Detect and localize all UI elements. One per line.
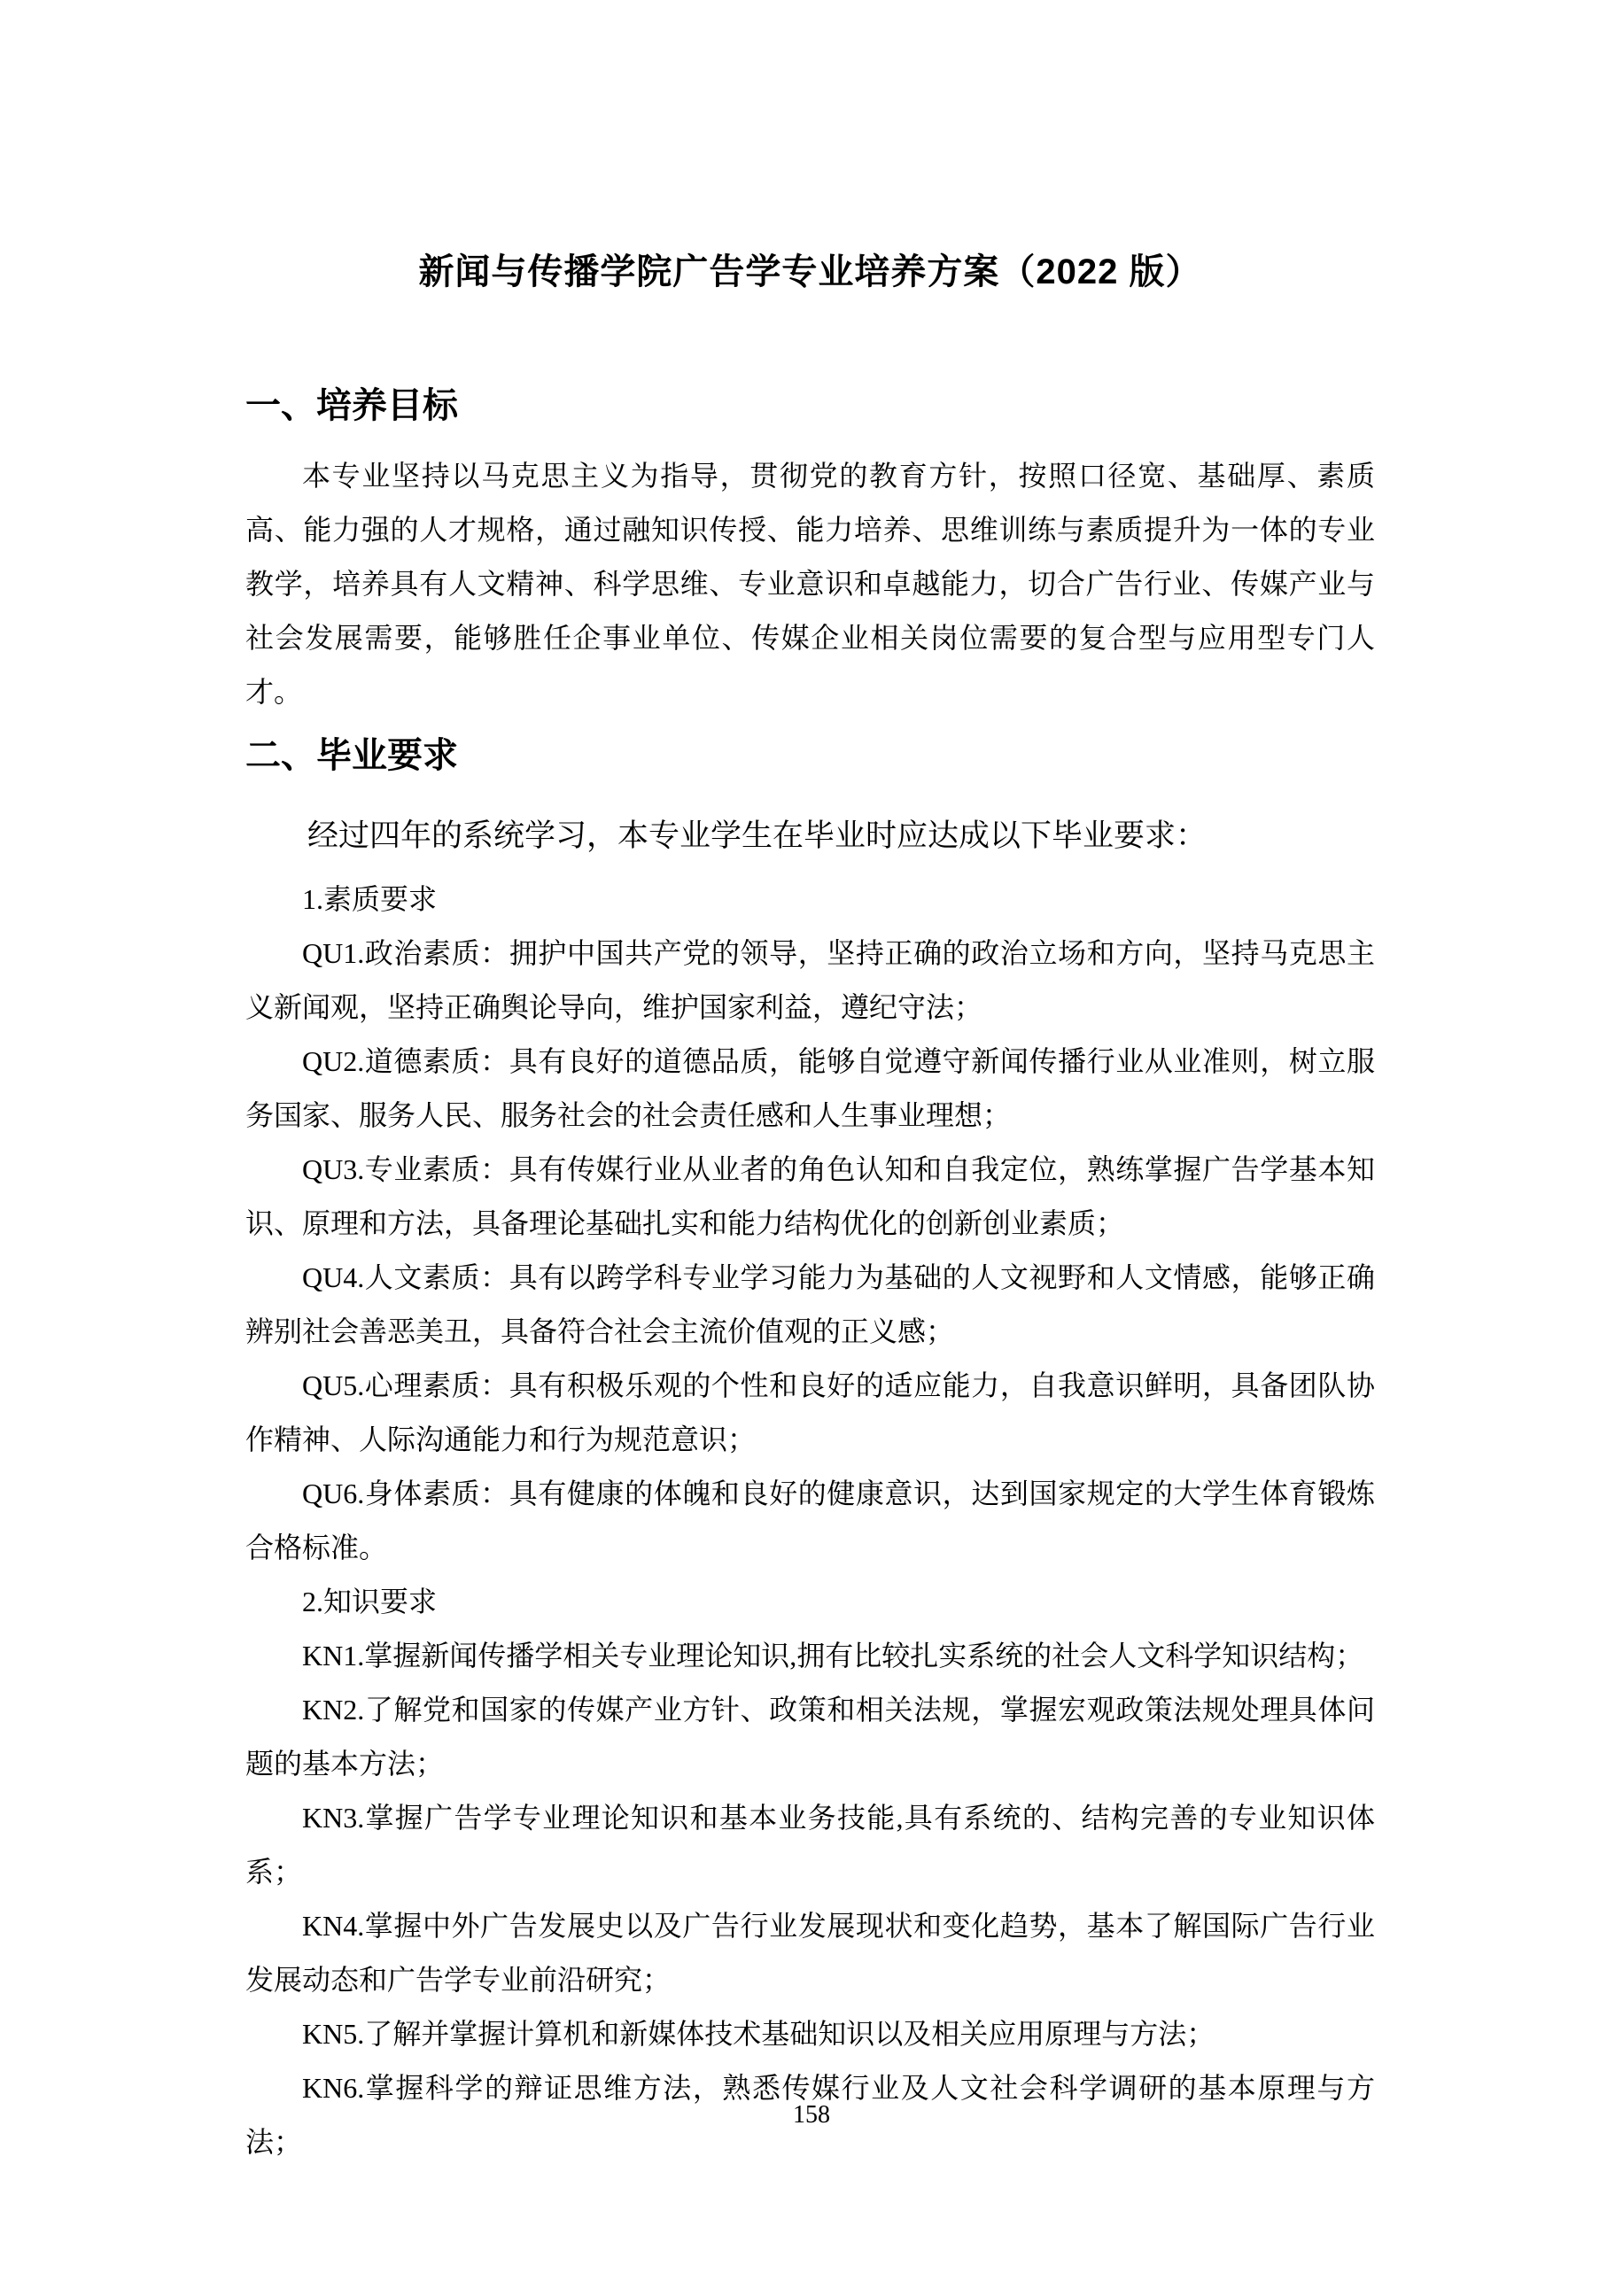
requirement-item-kn5: KN5.了解并掌握计算机和新媒体技术基础知识以及相关应用原理与方法； (245, 2007, 1375, 2061)
requirement-item-kn1: KN1.掌握新闻传播学相关专业理论知识,拥有比较扎实系统的社会人文科学知识结构； (245, 1629, 1375, 1683)
document-content: 新闻与传播学院广告学专业培养方案（2022 版） 一、培养目标 本专业坚持以马克… (245, 251, 1375, 2169)
document-title: 新闻与传播学院广告学专业培养方案（2022 版） (245, 251, 1375, 293)
requirement-item-qu4: QU4.人文素质：具有以跨学科专业学习能力为基础的人文视野和人文情感，能够正确辨… (245, 1251, 1375, 1359)
section-1-heading: 一、培养目标 (245, 384, 1375, 428)
document-page: 新闻与传播学院广告学专业培养方案（2022 版） 一、培养目标 本专业坚持以马克… (0, 0, 1623, 2296)
requirement-subheading-knowledge: 2.知识要求 (245, 1575, 1375, 1629)
training-goal-paragraph: 本专业坚持以马克思主义为指导，贯彻党的教育方针，按照口径宽、基础厚、素质高、能力… (245, 449, 1375, 719)
graduation-requirements-intro: 经过四年的系统学习，本专业学生在毕业时应达成以下毕业要求： (245, 804, 1375, 868)
requirement-item-qu1: QU1.政治素质：拥护中国共产党的领导，坚持正确的政治立场和方向，坚持马克思主义… (245, 927, 1375, 1035)
section-2-heading: 二、毕业要求 (245, 733, 1375, 778)
page-number: 158 (0, 2101, 1623, 2129)
requirement-item-qu3: QU3.专业素质：具有传媒行业从业者的角色认知和自我定位，熟练掌握广告学基本知识… (245, 1143, 1375, 1251)
requirement-item-qu6: QU6.身体素质：具有健康的体魄和良好的健康意识，达到国家规定的大学生体育锻炼合… (245, 1467, 1375, 1575)
requirement-item-qu5: QU5.心理素质：具有积极乐观的个性和良好的适应能力，自我意识鲜明，具备团队协作… (245, 1359, 1375, 1467)
requirement-subheading-quality: 1.素质要求 (245, 873, 1375, 927)
requirements-list: 1.素质要求 QU1.政治素质：拥护中国共产党的领导，坚持正确的政治立场和方向，… (245, 873, 1375, 2169)
requirement-item-kn4: KN4.掌握中外广告发展史以及广告行业发展现状和变化趋势，基本了解国际广告行业发… (245, 1899, 1375, 2007)
requirement-item-kn2: KN2.了解党和国家的传媒产业方针、政策和相关法规，掌握宏观政策法规处理具体问题… (245, 1683, 1375, 1791)
requirement-item-kn3: KN3.掌握广告学专业理论知识和基本业务技能,具有系统的、结构完善的专业知识体系… (245, 1791, 1375, 1899)
requirement-item-qu2: QU2.道德素质：具有良好的道德品质，能够自觉遵守新闻传播行业从业准则，树立服务… (245, 1035, 1375, 1143)
